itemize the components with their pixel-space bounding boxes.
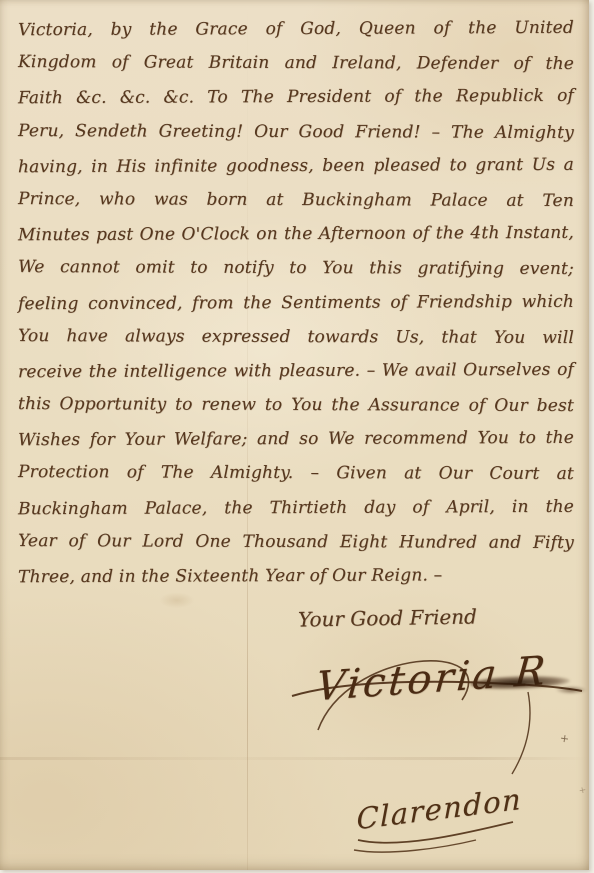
letter-line: Prince, who was born at Buckingham Palac…	[18, 182, 574, 218]
letter-body: Victoria, by the Grace of God, Queen of …	[18, 12, 574, 593]
letter-line: Victoria, by the Grace of God, Queen of …	[18, 11, 574, 48]
clarendon-signature: Clarendon	[357, 782, 522, 837]
letter-scan: Victoria, by the Grace of God, Queen of …	[0, 0, 594, 873]
ink-smudge-small	[556, 686, 586, 694]
letter-line: having, in His infinite goodness, been p…	[18, 148, 574, 185]
letter-line: feeling convinced, from the Sentiments o…	[18, 284, 574, 321]
closing-line: Your Good Friend	[298, 604, 477, 631]
letter-line: Buckingham Palace, the Thirtieth day of …	[18, 489, 574, 526]
letter-line: Three, and in the Sixteenth Year of Our …	[18, 558, 574, 595]
letter-line: We cannot omit to notify to You this gra…	[18, 250, 574, 286]
paper-crease	[0, 757, 589, 760]
pencil-cross-mark-faint: +	[578, 785, 588, 797]
letter-line: Peru, Sendeth Greeting! Our Good Friend!…	[18, 114, 574, 150]
letter-line: receive the intelligence with pleasure. …	[18, 353, 574, 390]
letter-line: Kingdom of Great Britain and Ireland, De…	[18, 45, 574, 81]
letter-line: Wishes for Your Welfare; and so We recom…	[18, 421, 574, 458]
letter-line: You have always expressed towards Us, th…	[18, 319, 574, 355]
letter-page: Victoria, by the Grace of God, Queen of …	[0, 0, 589, 870]
letter-line: Faith &c. &c. &c. To The President of th…	[18, 79, 574, 116]
letter-line: Protection of The Almighty. – Given at O…	[18, 455, 574, 491]
letter-line: Year of Our Lord One Thousand Eight Hund…	[18, 524, 574, 560]
pencil-cross-mark: +	[559, 732, 570, 744]
letter-line: this Opportunity to renew to You the Ass…	[18, 387, 574, 423]
letter-line: Minutes past One O'Clock on the Afternoo…	[18, 216, 574, 253]
